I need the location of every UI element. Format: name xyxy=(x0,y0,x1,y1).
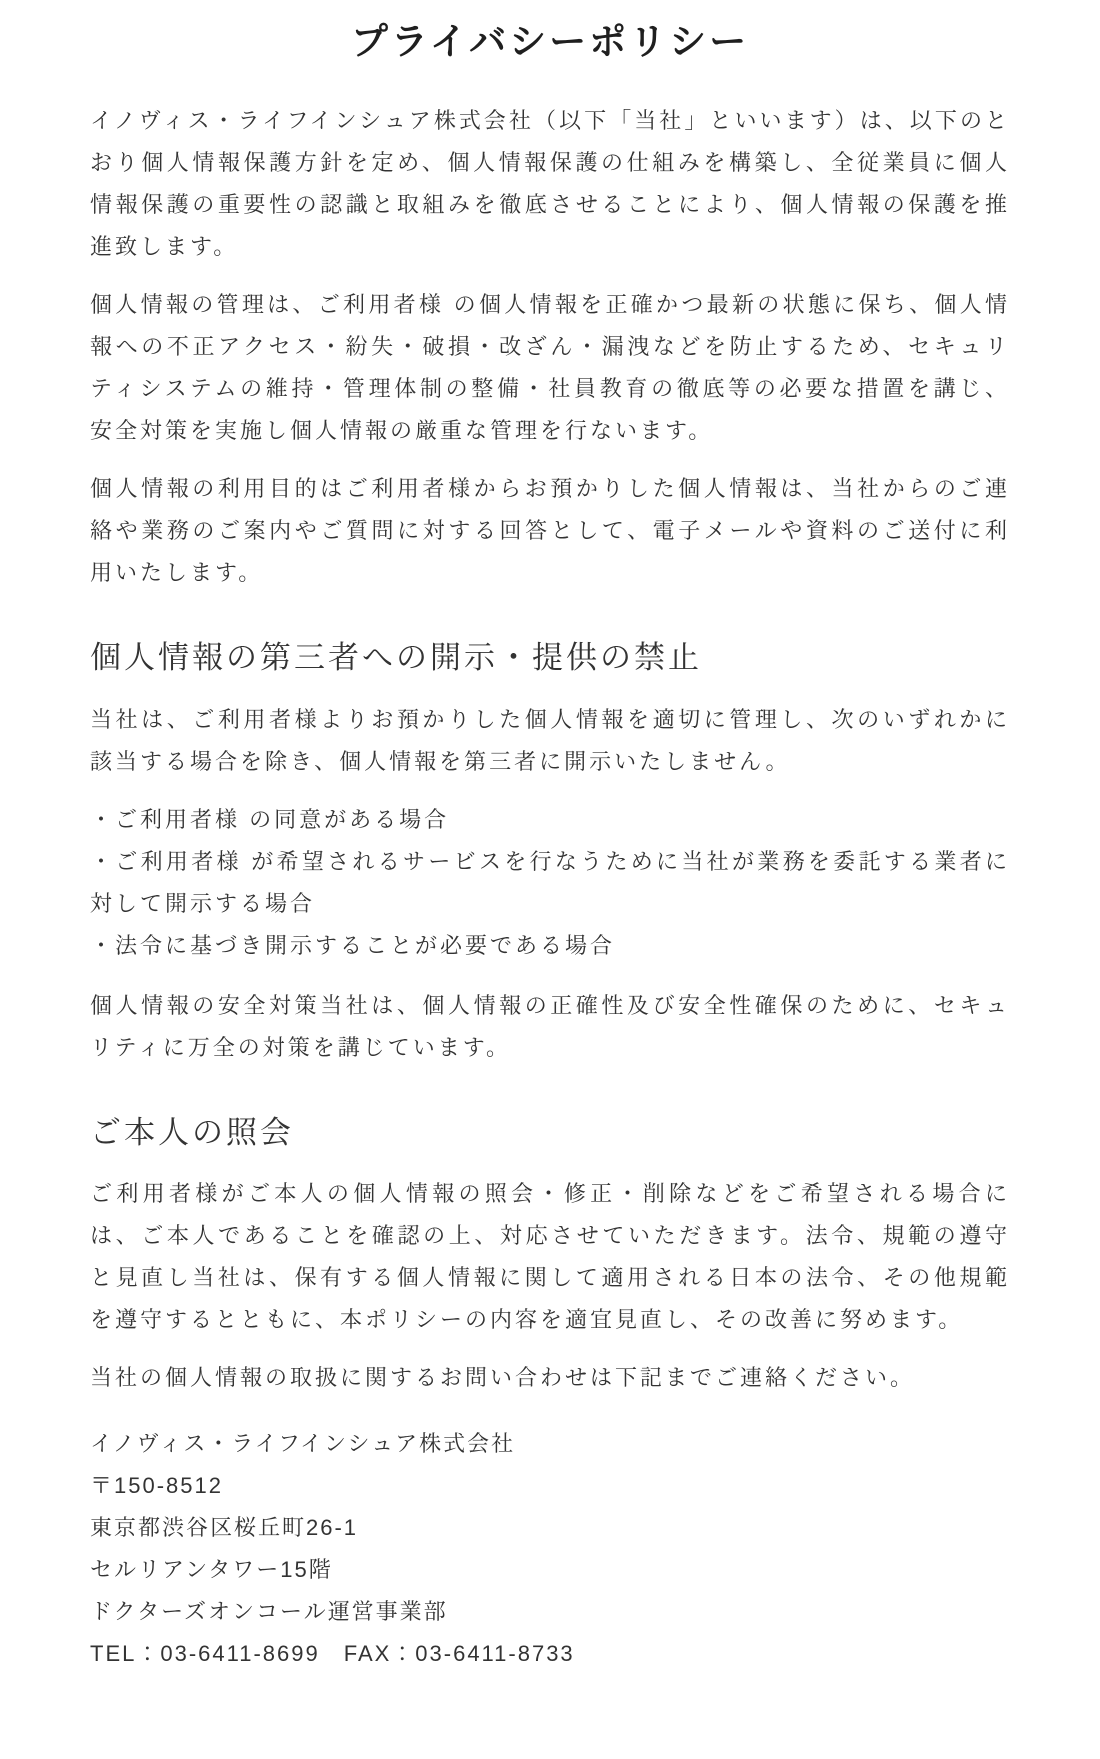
privacy-policy-page: プライバシーポリシー イノヴィス・ライフインシュア株式会社（以下「当社」といいま… xyxy=(0,0,1100,1715)
contact-note-paragraph: 当社の個人情報の取扱に関するお問い合わせは下記までご連絡ください。 xyxy=(90,1357,1010,1399)
contact-address-line2: セルリアンタワー15階 xyxy=(90,1549,1010,1591)
contact-tel-fax: TEL：03-6411-8699 FAX：03-6411-8733 xyxy=(90,1633,1010,1675)
contact-company-name: イノヴィス・ライフインシュア株式会社 xyxy=(90,1423,1010,1465)
disclosure-bullet-outsourcing: ・ご利用者様 が希望されるサービスを行なうために当社が業務を委託する業者に対して… xyxy=(90,841,1010,925)
disclosure-lead-paragraph: 当社は、ご利用者様よりお預かりした個人情報を適切に管理し、次のいずれかに該当する… xyxy=(90,699,1010,783)
section-heading-inquiry: ご本人の照会 xyxy=(90,1113,1010,1153)
intro-paragraph-1: イノヴィス・ライフインシュア株式会社（以下「当社」といいます）は、以下のとおり個… xyxy=(90,100,1010,268)
page-title: プライバシーポリシー xyxy=(90,20,1010,64)
contact-department: ドクターズオンコール運営事業部 xyxy=(90,1591,1010,1633)
disclosure-bullet-consent: ・ご利用者様 の同意がある場合 xyxy=(90,799,1010,841)
contact-postal-code: 〒150-8512 xyxy=(90,1465,1010,1507)
contact-block: イノヴィス・ライフインシュア株式会社 〒150-8512 東京都渋谷区桜丘町26… xyxy=(90,1423,1010,1675)
disclosure-bullet-law: ・法令に基づき開示することが必要である場合 xyxy=(90,925,1010,967)
intro-paragraph-3: 個人情報の利用目的はご利用者様からお預かりした個人情報は、当社からのご連絡や業務… xyxy=(90,468,1010,594)
contact-address-line1: 東京都渋谷区桜丘町26-1 xyxy=(90,1507,1010,1549)
section-heading-disclosure: 個人情報の第三者への開示・提供の禁止 xyxy=(90,638,1010,678)
disclosure-bullet-list: ・ご利用者様 の同意がある場合 ・ご利用者様 が希望されるサービスを行なうために… xyxy=(90,799,1010,967)
intro-paragraph-2: 個人情報の管理は、ご利用者様 の個人情報を正確かつ最新の状態に保ち、個人情報への… xyxy=(90,284,1010,452)
security-measures-paragraph: 個人情報の安全対策当社は、個人情報の正確性及び安全性確保のために、セキュリティに… xyxy=(90,985,1010,1069)
inquiry-body-paragraph: ご利用者様がご本人の個人情報の照会・修正・削除などをご希望される場合には、ご本人… xyxy=(90,1173,1010,1341)
